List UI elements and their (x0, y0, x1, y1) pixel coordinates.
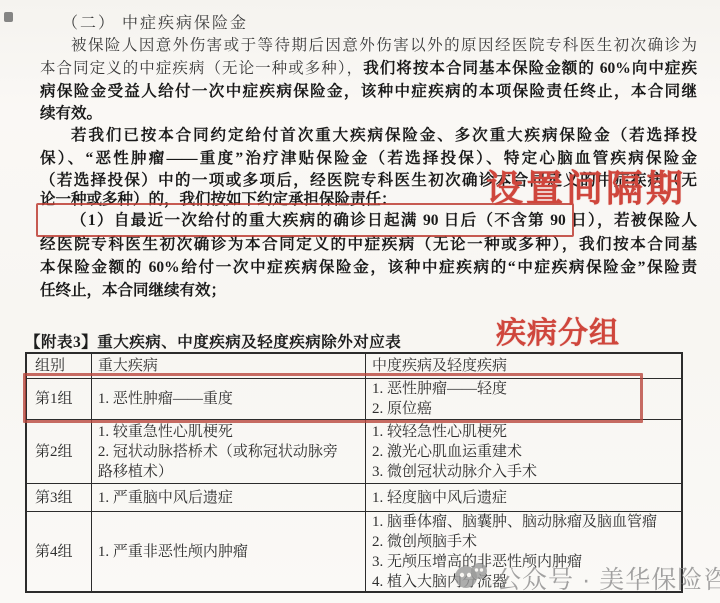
moderate-item: 1. 脑垂体瘤、脑囊肿、脑动脉瘤及脑血管瘤 (372, 512, 675, 532)
wechat-share-icon (452, 561, 492, 596)
para1-line2-regular: 本合同定义的中症疾病（无论一种或多种）， (40, 60, 363, 77)
table-row-group1: 第1组 1. 恶性肿瘤——重度 1. 恶性肿瘤——轻度 2. 原位癌 (27, 379, 683, 420)
major-cell: 1. 严重脑中风后遗症 (92, 484, 366, 512)
annotation-disease-grouping: 疾病分组 (496, 308, 620, 352)
major-item: 1. 恶性肿瘤——重度 (98, 389, 359, 409)
table-header-row: 组别 重大疾病 中度疾病及轻度疾病 (27, 354, 683, 379)
moderate-cell: 1. 恶性肿瘤——轻度 2. 原位癌 (366, 379, 683, 420)
moderate-item: 2. 激光心肌血运重建术 (372, 442, 675, 462)
para1-line1: 被保险人因意外伤害或于等待期后因意外伤害以外的原因经医院专科医生初次确诊为 (40, 36, 697, 56)
moderate-item: 1. 较轻急性心肌梗死 (372, 422, 675, 442)
para3-line2: 经医院专科医生初次确诊为本合同定义的中症疾病（无论一种或多种），我们按本合同基 (40, 235, 697, 255)
major-item: 2. 冠状动脉搭桥术（或称冠状动脉旁 (98, 442, 359, 462)
major-item: 1. 严重非恶性颅内肿瘤 (98, 542, 359, 562)
para2-line1: 若我们已按本合同约定给付首次重大疾病保险金、多次重大疾病保险金（若选择投 (40, 126, 697, 146)
moderate-cell: 1. 较轻急性心肌梗死 2. 激光心肌血运重建术 3. 微创冠状动脉介入手术 (366, 420, 683, 484)
group-cell: 第4组 (27, 512, 92, 593)
watermark: 公众号 · 美华保险咨询 (452, 560, 720, 596)
para3-line1: （1）自最近一次给付的重大疾病的确诊日起满 90 日后（不含第 90 日），若被… (40, 211, 697, 231)
table-row-group3: 第3组 1. 严重脑中风后遗症 1. 轻度脑中风后遗症 (27, 484, 683, 512)
header-major-disease: 重大疾病 (92, 354, 366, 379)
header-group: 组别 (27, 354, 92, 379)
group-cell: 第2组 (27, 420, 92, 484)
moderate-item: 3. 微创冠状动脉介入手术 (372, 462, 675, 482)
moderate-item: 2. 微创颅脑手术 (372, 532, 675, 552)
major-item: 路移植术） (98, 462, 359, 482)
document-page: （二） 中症疾病保险金 被保险人因意外伤害或于等待期后因意外伤害以外的原因经医院… (0, 0, 720, 603)
moderate-item: 1. 轻度脑中风后遗症 (372, 488, 675, 508)
group-cell: 第1组 (27, 379, 92, 420)
scan-artifact (4, 12, 13, 22)
para1-line2: 本合同定义的中症疾病（无论一种或多种），我们将按本合同基本保险金额的 60%向中… (40, 59, 697, 79)
table-row-group2: 第2组 1. 较重急性心肌梗死 2. 冠状动脉搭桥术（或称冠状动脉旁 路移植术）… (27, 420, 683, 484)
para1-line3: 病保险金受益人给付一次中症疾病保险金，该种中症疾病的本项保险责任终止，本合同继 (40, 82, 697, 102)
para3-line4: 任终止，本合同继续有效； (40, 281, 697, 300)
disease-table: 组别 重大疾病 中度疾病及轻度疾病 第1组 1. 恶性肿瘤——重度 1. 恶性肿… (25, 352, 683, 593)
table-title: 【附表3】重大疾病、中度疾病及轻度疾病除外对应表 (25, 330, 401, 352)
major-cell: 1. 较重急性心肌梗死 2. 冠状动脉搭桥术（或称冠状动脉旁 路移植术） (92, 420, 366, 484)
major-cell: 1. 恶性肿瘤——重度 (92, 379, 366, 420)
para3-line3: 本保险金额的 60%给付一次中症疾病保险金，该种中症疾病的“中症疾病保险金”保险… (40, 258, 697, 278)
header-moderate-mild-disease: 中度疾病及轻度疾病 (366, 354, 683, 379)
para1-line2-bold: 我们将按本合同基本保险金额的 60%向中症疾 (363, 60, 697, 77)
major-item: 1. 较重急性心肌梗死 (98, 422, 359, 442)
group-cell: 第3组 (27, 484, 92, 512)
para1-line4: 续有效。 (40, 104, 697, 123)
moderate-cell: 1. 轻度脑中风后遗症 (366, 484, 683, 512)
annotation-interval-period: 设置间隔期 (486, 158, 686, 212)
watermark-text: 公众号 · 美华保险咨询 (496, 560, 720, 596)
moderate-item: 1. 恶性肿瘤——轻度 (372, 379, 675, 399)
major-item: 1. 严重脑中风后遗症 (98, 488, 359, 508)
major-cell: 1. 严重非恶性颅内肿瘤 (92, 512, 366, 593)
moderate-item: 2. 原位癌 (372, 399, 675, 419)
clause-heading: （二） 中症疾病保险金 (62, 10, 248, 33)
